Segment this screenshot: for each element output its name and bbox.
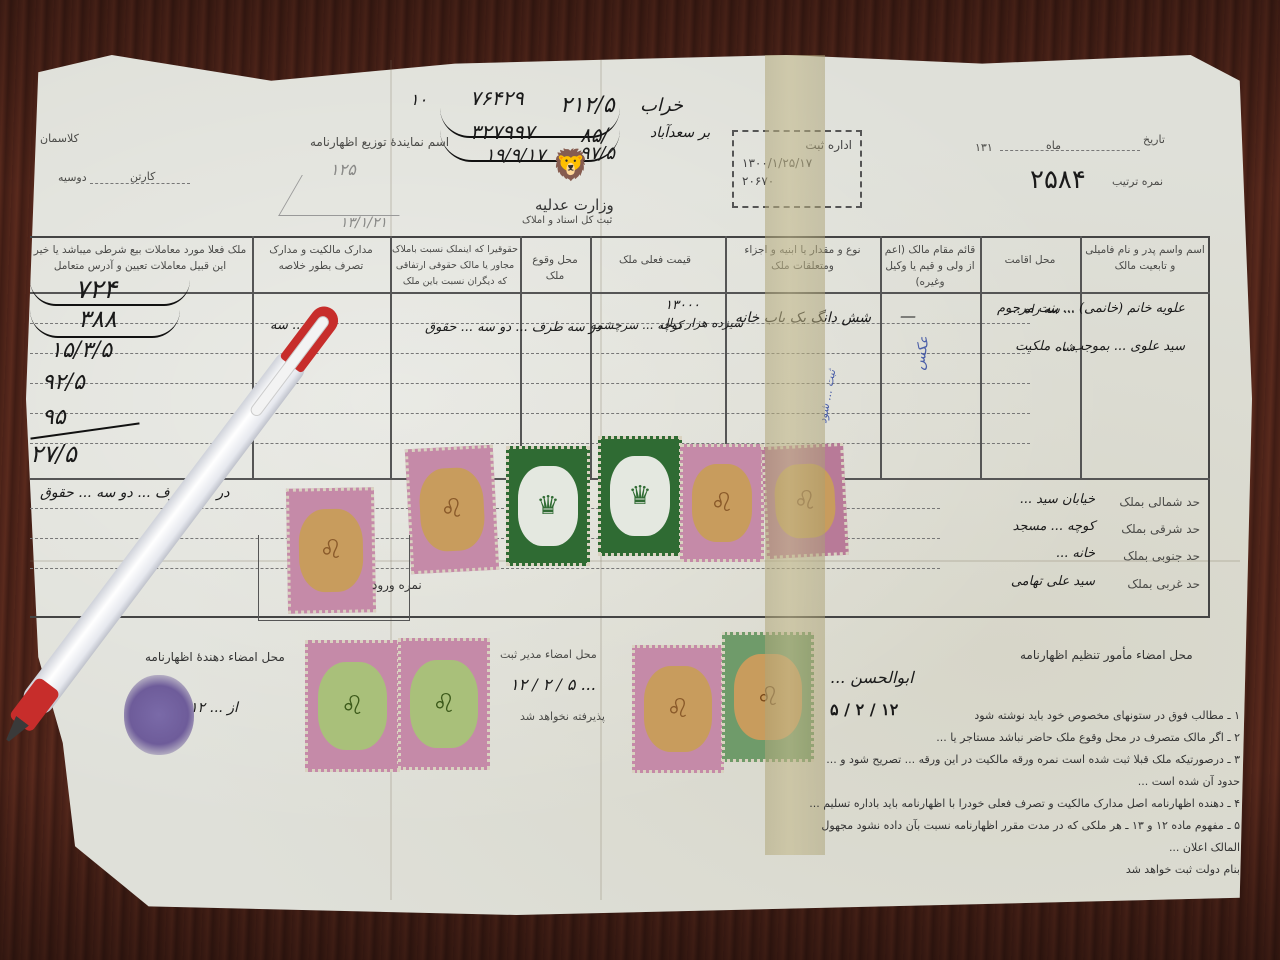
registry-signature: ... ۵ / ۲ / ۱۲ — [510, 675, 596, 694]
revenue-stamp: ♛ — [506, 446, 590, 566]
dossier-label: دوسیه — [58, 171, 87, 184]
representative-entry: — — [900, 306, 916, 325]
boundary-value-south: خانه ... — [1056, 546, 1095, 561]
location-entry: کوچه ... سرچشمه — [590, 318, 683, 332]
serial-label: نمره ترتیب — [1112, 175, 1163, 188]
registry-signature-label: محل امضاء مدیر ثبت — [500, 648, 597, 661]
handwritten-underline — [30, 280, 190, 306]
column-header-owner: اسم واسم پدر و نام فامیلی و تابعیت مالک — [1082, 242, 1208, 290]
declarant-signature: از ... ۱۲ — [190, 700, 238, 716]
revenue-stamp: ♌ — [632, 645, 724, 773]
revenue-stamp: ♌ — [680, 444, 764, 562]
column-header-current-value: قیمت فعلی ملک — [592, 242, 718, 300]
boundary-value-east: کوچه ... مسجد — [1013, 519, 1095, 534]
column-header-location: محل وقوع ملک — [522, 242, 588, 300]
margin-note: ۲۷/۵ — [30, 440, 77, 468]
instruction-item: ۱ ـ مطالب فوق در ستونهای مخصوص خود باید … — [800, 705, 1240, 727]
pencil-mark — [278, 175, 423, 216]
handwritten-header-date: ۱۹/۹/۱۷ — [485, 145, 545, 166]
revenue-stamp: ♌ — [405, 445, 499, 574]
lion-and-sun-icon: ♌ — [644, 666, 711, 751]
lion-and-sun-icon: ♌ — [318, 662, 387, 750]
serial-number: ۲۵۸۴ — [1030, 165, 1086, 195]
column-header-representative: قائم مقام مالک (اعم از ولی و قیم یا وکیل… — [882, 242, 978, 290]
column-header-rights: حقوقیرا که اینملک نسبت باملاک مجاور یا م… — [392, 242, 518, 290]
residence-entry: ... سه راه ... شاه — [985, 290, 1075, 366]
boundary-label-north: حد شمالی بملک — [1119, 495, 1200, 509]
boundary-label-south: حد جنوبی بملک — [1123, 549, 1200, 563]
date-label: تاریخ — [1143, 133, 1165, 146]
margin-note: ۱۵/۳/۵ — [50, 338, 112, 363]
revenue-stamp: ♛ — [598, 436, 682, 556]
crown-sunburst-icon: ♛ — [610, 456, 671, 536]
handwritten-header-right2: بر سعدآباد — [650, 125, 710, 141]
lion-and-sun-icon: ♌ — [410, 660, 477, 748]
boundary-value-north: خیابان سید ... — [1020, 492, 1095, 507]
distributor-label: اسم نمایندهٔ توزیع اظهارنامه — [310, 135, 449, 149]
lion-and-sun-icon: ♌ — [692, 464, 753, 542]
revenue-stamp: ♌ — [398, 638, 490, 770]
instruction-item: ۴ ـ دهنده اظهارنامه اصل مدارک مالکیت و ت… — [800, 793, 1240, 815]
handwritten-header-right1: خراب — [640, 95, 683, 116]
current-value-amount: ۱۳۰۰۰ — [665, 298, 700, 313]
boundary-label-west: حد غربی بملک — [1127, 577, 1200, 591]
year-prefix: ۱۳۱ — [975, 141, 993, 154]
handwritten-header-prefix1: ۱۰ — [410, 90, 427, 109]
instruction-item: ۲ ـ اگر مالک متصرف در محل وقوع ملک حاضر … — [800, 727, 1240, 749]
handwritten-underline — [30, 310, 180, 338]
margin-note: ۹۲/۵ — [42, 370, 85, 395]
crown-sunburst-icon: ♛ — [518, 466, 579, 546]
ministry-title: وزارت عدلیه — [535, 196, 614, 214]
handwritten-header-number1: ۷۶۴۲۹ — [470, 86, 524, 110]
lion-and-sun-emblem-icon: 🦁 — [552, 148, 589, 183]
dotted-field — [1000, 150, 1140, 151]
revenue-stamp: ♌ — [305, 640, 400, 772]
carton-label: کارتن — [130, 170, 155, 183]
declaration-table: اسم واسم پدر و نام فامیلی و تابعیت مالک … — [30, 228, 1210, 618]
boundary-label-east: حد شرقی بملک — [1121, 522, 1200, 536]
lion-and-sun-icon: ♌ — [418, 466, 486, 553]
footnote-fragment: پذیرفته نخواهد شد — [520, 710, 605, 723]
dotted-field — [90, 183, 190, 184]
thumbprint — [124, 675, 194, 755]
stamp-cancel-box — [258, 535, 410, 621]
margin-note: ۹۵ — [42, 405, 66, 430]
instruction-item: ۳ ـ درصورتیکه ملک قبلا ثبت شده است نمره … — [800, 749, 1240, 793]
column-header-documents: مدارک مالکیت و مدارک تصرف بطور خلاصه — [254, 242, 388, 290]
officer-signature: ابوالحسن ... — [830, 668, 914, 687]
class-label: کلاسمان — [40, 132, 79, 145]
rights-entry: در سه طرف ... دو سه ... حقوق — [425, 320, 601, 335]
declarant-signature-label: محل امضاء دهندهٔ اظهارنامه — [145, 650, 285, 664]
instruction-item: ۵ ـ مفهوم ماده ۱۲ و ۱۳ ـ هر ملکی که در م… — [800, 815, 1240, 859]
officer-signature-label: محل امضاء مأمور تنظیم اظهارنامه — [1020, 648, 1193, 662]
boundary-value-west: سید علی تهامی — [1011, 574, 1095, 589]
instruction-item: بنام دولت ثبت خواهد شد — [800, 859, 1240, 881]
instructions-list: ۱ ـ مطالب فوق در ستونهای مخصوص خود باید … — [800, 705, 1240, 881]
department-title: ثبت کل اسناد و املاک — [522, 215, 612, 226]
